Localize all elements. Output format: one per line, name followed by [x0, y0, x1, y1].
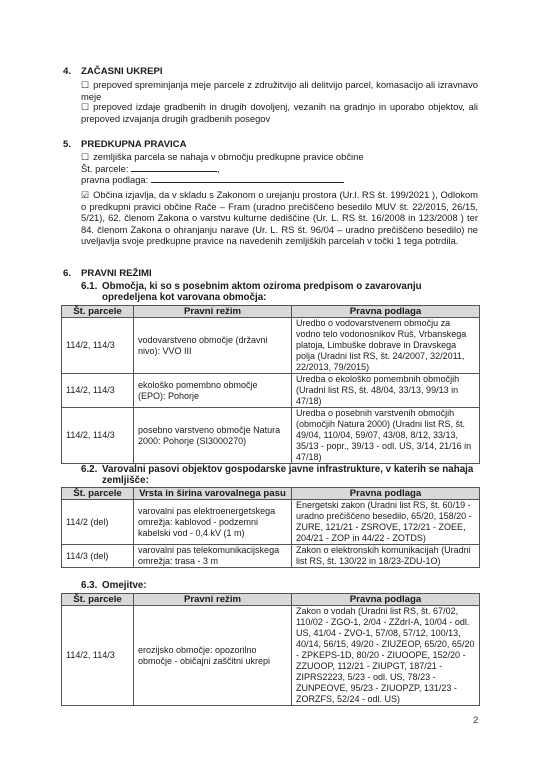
subsection-title: Območja, ki so s posebnim aktom oziroma … — [102, 281, 477, 303]
subsection-6-1-heading: 6.1.Območja, ki so s posebnim aktom ozir… — [81, 281, 481, 303]
s4-item-1-text: prepoved spreminjanja meje parcele z zdr… — [81, 79, 478, 102]
section-4-heading: 4.ZAČASNI UKREPI — [63, 66, 163, 77]
cell-parcel: 114/2, 114/3 — [62, 374, 134, 408]
section-title: PRAVNI REŽIMI — [81, 268, 152, 279]
cell-parcel: 114/2, 114/3 — [62, 606, 134, 706]
table-row: 114/2, 114/3 ekološko pomembno območje (… — [62, 374, 480, 408]
document-page: 4.ZAČASNI UKREPI ☐prepoved spreminjanja … — [0, 0, 543, 768]
section-title: ZAČASNI UKREPI — [81, 66, 163, 77]
restrictions-table: Št. parcele Pravni režim Pravna podlaga … — [61, 593, 480, 706]
col-header-legal-basis: Pravna podlaga — [292, 594, 480, 606]
col-header-regime: Pravni režim — [134, 306, 292, 318]
checkbox-unchecked-icon[interactable]: ☐ — [81, 80, 89, 90]
table-row: 114/3 (del) varovalni pas telekomunikaci… — [62, 545, 480, 568]
legal-basis-label: pravna podlaga: — [81, 174, 148, 185]
cell-legal-basis: Energetski zakon (Uradni list RS, št. 60… — [292, 500, 480, 545]
subsection-title: Omejitve: — [102, 580, 477, 591]
s4-item-2: ☐prepoved izdaje gradbenih in drugih dov… — [81, 101, 478, 124]
s4-item-2-text: prepoved izdaje gradbenih in drugih dovo… — [81, 101, 478, 124]
col-header-parcel: Št. parcele — [62, 488, 134, 500]
subsection-title: Varovalni pasovi objektov gospodarske ja… — [102, 464, 477, 486]
section-title: PREDKUPNA PRAVICA — [81, 139, 187, 150]
section-number: 4. — [63, 66, 81, 77]
cell-regime: posebno varstveno območje Natura 2000: P… — [134, 408, 292, 464]
table-row: 114/2, 114/3 posebno varstveno območje N… — [62, 408, 480, 464]
cell-legal-basis: Uredba o ekološko pomembnih območjih (Ur… — [292, 374, 480, 408]
infrastructure-buffers-table: Št. parcele Vrsta in širina varovalnega … — [61, 487, 480, 568]
checkbox-checked-icon[interactable]: ☑ — [81, 190, 89, 200]
table-row: 114/2, 114/3 vodovarstveno območje (drža… — [62, 318, 480, 374]
col-header-legal-basis: Pravna podlaga — [292, 488, 480, 500]
col-header-parcel: Št. parcele — [62, 594, 134, 606]
subsection-number: 6.2. — [81, 464, 102, 475]
subsection-6-2-heading: 6.2.Varovalni pasovi objektov gospodarsk… — [81, 464, 481, 486]
page-number: 2 — [473, 715, 478, 726]
s5-option-1-text: zemljiška parcela se nahaja v območju pr… — [93, 151, 363, 162]
table-row: 114/2, 114/3 erozijsko območje: opozoril… — [62, 606, 480, 706]
cell-legal-basis: Uredbo o vodovarstvenem območju za vodno… — [292, 318, 480, 374]
s4-item-1: ☐prepoved spreminjanja meje parcele z zd… — [81, 79, 478, 102]
cell-legal-basis: Zakon o elektronskih komunikacijah (Urad… — [292, 545, 480, 568]
col-header-buffer-type: Vrsta in širina varovalnega pasu — [134, 488, 292, 500]
cell-buffer-type: varovalni pas elektroenergetskega omrežj… — [134, 500, 292, 545]
cell-parcel: 114/2, 114/3 — [62, 408, 134, 464]
cell-regime: ekološko pomembno območje (EPO): Pohorje — [134, 374, 292, 408]
subsection-6-3-heading: 6.3.Omejitve: — [81, 580, 481, 591]
cell-parcel: 114/2 (del) — [62, 500, 134, 545]
col-header-legal-basis: Pravna podlaga — [292, 306, 480, 318]
legal-basis-input[interactable] — [151, 173, 344, 183]
cell-legal-basis: Zakon o vodah (Uradni list RS, št. 67/02… — [292, 606, 480, 706]
section-number: 6. — [63, 268, 81, 279]
col-header-regime: Pravni režim — [134, 594, 292, 606]
cell-legal-basis: Uredba o posebnih varstvenih območjih (o… — [292, 408, 480, 464]
s5-option-2-text: Občina izjavlja, da v skladu s Zakonom o… — [81, 189, 478, 246]
checkbox-unchecked-icon[interactable]: ☐ — [81, 152, 89, 162]
col-header-parcel: Št. parcele — [62, 306, 134, 318]
protected-areas-table: Št. parcele Pravni režim Pravna podlaga … — [61, 305, 480, 464]
cell-buffer-type: varovalni pas telekomunikacijskega omrež… — [134, 545, 292, 568]
subsection-number: 6.3. — [81, 580, 102, 591]
cell-parcel: 114/2, 114/3 — [62, 318, 134, 374]
parcel-input[interactable] — [131, 162, 217, 172]
cell-regime: erozijsko območje: opozorilno območje - … — [134, 606, 292, 706]
cell-regime: vodovarstveno območje (državni nivo): VV… — [134, 318, 292, 374]
checkbox-unchecked-icon[interactable]: ☐ — [81, 102, 89, 112]
table-row: 114/2 (del) varovalni pas elektroenerget… — [62, 500, 480, 545]
section-5-heading: 5.PREDKUPNA PRAVICA — [63, 139, 187, 150]
legal-basis-field-row: pravna podlaga: — [81, 173, 478, 185]
subsection-number: 6.1. — [81, 281, 102, 292]
section-number: 5. — [63, 139, 81, 150]
section-6-heading: 6.PRAVNI REŽIMI — [63, 268, 152, 279]
cell-parcel: 114/3 (del) — [62, 545, 134, 568]
s5-option-2: ☑Občina izjavlja, da v skladu s Zakonom … — [81, 189, 478, 246]
